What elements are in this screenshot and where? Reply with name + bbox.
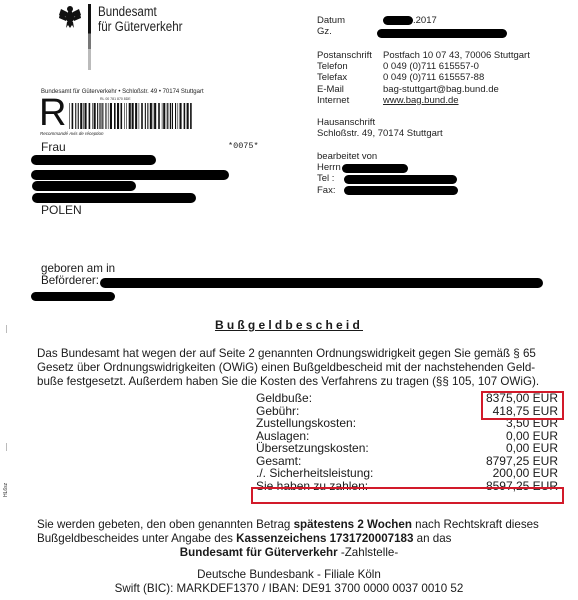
email-label: E-Mail	[317, 84, 383, 95]
cost-amount: 0,00 EUR	[506, 442, 558, 455]
redacted-recipient-address	[32, 181, 136, 191]
fax-value: 0 049 (0)711 615557-88	[383, 72, 484, 83]
fold-mark	[6, 443, 7, 451]
intro-line-2: Gesetz über Ordnungswidrigkeiten (OWiG) …	[37, 361, 535, 374]
cash-reference: Kassenzeichens 1731720007183	[236, 532, 413, 545]
date-year: .2017	[413, 15, 437, 26]
carrier-label: Beförderer:	[41, 274, 99, 287]
payment-line-1: Sie werden gebeten, den oben genannten B…	[37, 518, 578, 531]
recipient-country: POLEN	[41, 203, 82, 217]
redacted-handler-phone	[344, 175, 457, 184]
house-address-block: Hausanschrift Schloßstr. 49, 70174 Stutt…	[317, 117, 443, 139]
redacted-date	[383, 16, 413, 25]
redacted-carrier	[100, 278, 543, 288]
letterhead-divider	[88, 4, 91, 70]
cost-label: Zustellungskosten:	[256, 417, 356, 430]
intro-line-1: Das Bundesamt hat wegen der auf Seite 2 …	[37, 347, 536, 360]
federal-eagle-icon	[57, 3, 83, 29]
redacted-handler-name	[342, 164, 408, 173]
registered-mail-barcode	[69, 103, 193, 129]
document-title: Bußgeldbescheid	[0, 318, 578, 332]
web-label: Internet	[317, 95, 383, 106]
phone-value: 0 049 (0)711 615557-0	[383, 61, 479, 72]
phone-label: Telefon	[317, 61, 383, 72]
payment-deadline: spätestens 2 Wochen	[294, 518, 412, 531]
cost-amount: 200,00 EUR	[493, 467, 558, 480]
payment-line-3: Bundesamt für Güterverkehr -Zahlstelle-	[0, 546, 578, 559]
cost-row: ./. Sicherheitsleistung:200,00 EUR	[256, 467, 558, 480]
barcode-number: RL 00 781 870 8DE	[100, 97, 131, 101]
org-name-line1: Bundesamt	[98, 4, 183, 19]
contact-block: PostanschriftPostfach 10 07 43, 70006 St…	[317, 50, 530, 106]
payment-text: Sie werden gebeten, den oben genannten B…	[37, 518, 294, 531]
redacted-handler-fax	[344, 186, 458, 195]
postal-label: Postanschrift	[317, 50, 383, 61]
house-address-value: Schloßstr. 49, 70174 Stuttgart	[317, 128, 443, 139]
date-row: Datum.2017	[317, 15, 437, 26]
cost-label: Geldbuße:	[256, 392, 312, 405]
payment-text: nach Rechtskraft dieses	[412, 518, 539, 531]
bank-name: Deutsche Bundesbank - Filiale Köln	[0, 568, 578, 581]
bank-details: Swift (BIC): MARKDEF1370 / IBAN: DE91 37…	[0, 582, 578, 595]
email-value[interactable]: bag-stuttgart@bag.bund.de	[383, 84, 499, 95]
redacted-carrier-cont	[31, 292, 115, 301]
redacted-recipient-street	[31, 170, 229, 180]
reference-label: Gz.	[317, 26, 383, 37]
registered-mail-mark: R	[39, 95, 66, 131]
house-address-label: Hausanschrift	[317, 117, 443, 128]
payment-line-2: Bußgeldbescheides unter Angabe des Kasse…	[37, 532, 578, 545]
intro-line-3: buße festgesetzt. Außerdem haben Sie die…	[37, 375, 539, 388]
sequence-number: *0075*	[228, 141, 259, 151]
postal-value: Postfach 10 07 43, 70006 Stuttgart	[383, 50, 530, 61]
payee-name: Bundesamt für Güterverkehr	[180, 546, 338, 559]
website-link[interactable]: www.bag.bund.de	[383, 95, 459, 106]
fax-label: Telefax	[317, 72, 383, 83]
date-label: Datum	[317, 15, 383, 26]
reference-row: Gz.	[317, 26, 383, 37]
cost-label: ./. Sicherheitsleistung:	[256, 467, 373, 480]
registered-mail-note: Recommandé Avis de réception	[40, 131, 104, 136]
handled-by-label: bearbeitet von	[317, 151, 377, 162]
cost-row: Übersetzungskosten:0,00 EUR	[256, 442, 558, 455]
redacted-recipient-city	[32, 193, 196, 203]
fold-mark	[6, 325, 7, 333]
payee-dept: -Zahlstelle-	[338, 546, 399, 559]
highlight-total-due	[251, 487, 564, 504]
redacted-reference	[377, 29, 507, 38]
payment-text: an das	[413, 532, 451, 545]
letterhead-org-name: Bundesamt für Güterverkehr	[98, 4, 183, 34]
highlight-fine-and-fee	[481, 391, 564, 420]
margin-mark: HL6sz	[3, 483, 9, 497]
org-name-line2: für Güterverkehr	[98, 19, 183, 34]
redacted-recipient-name	[31, 155, 156, 165]
recipient-salutation: Frau	[41, 140, 66, 154]
payment-text: Bußgeldbescheides unter Angabe des	[37, 532, 236, 545]
cost-label: Übersetzungskosten:	[256, 442, 369, 455]
